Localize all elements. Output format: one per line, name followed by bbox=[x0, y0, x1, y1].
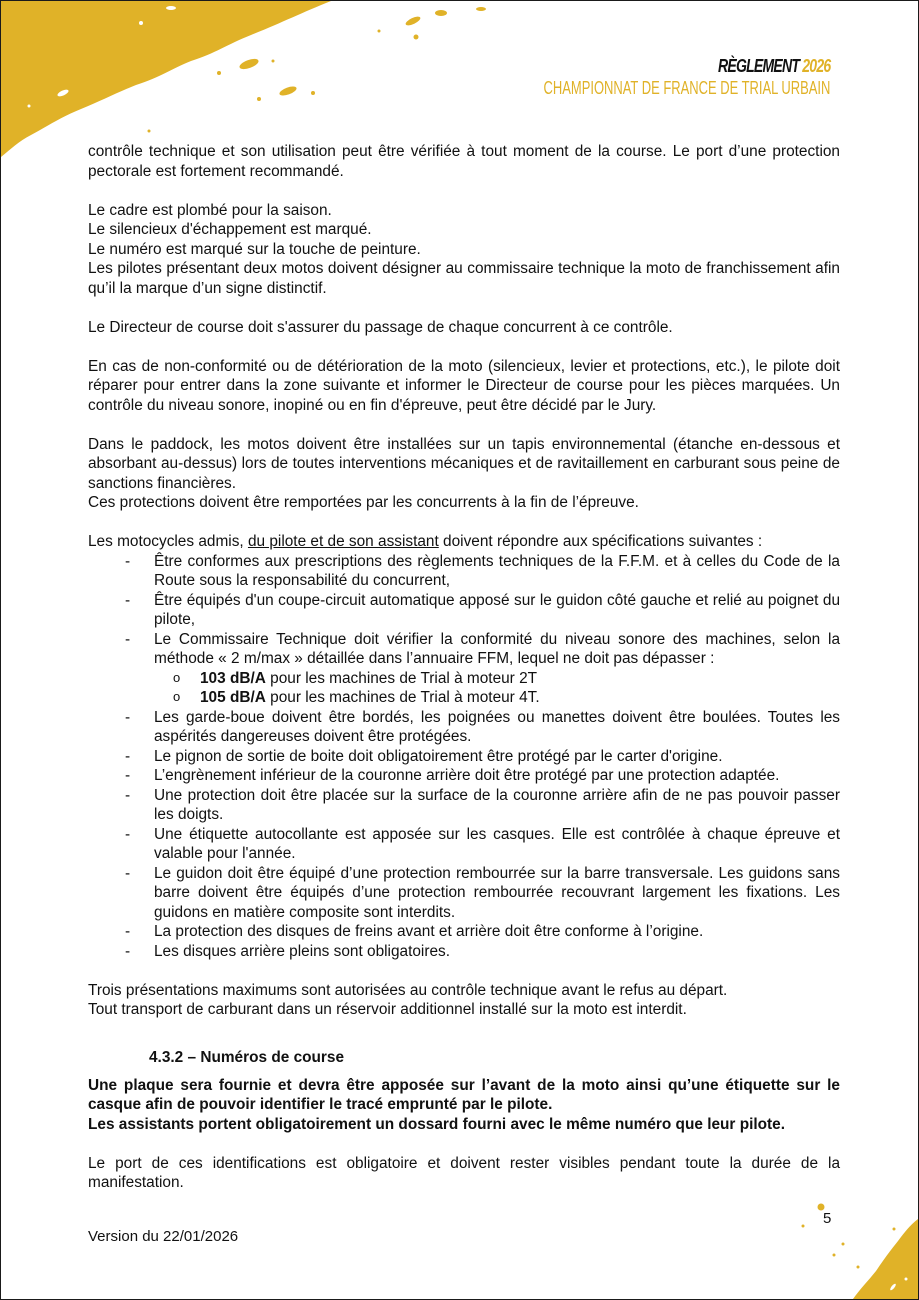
header-title-reglement: RÈGLEMENT bbox=[718, 56, 799, 76]
page-number: 5 bbox=[823, 1210, 831, 1227]
list-item: La protection des disques de freins avan… bbox=[154, 922, 840, 942]
paragraph-line: Trois présentations maximums sont autori… bbox=[88, 981, 840, 1001]
header-title: RÈGLEMENT 2026 bbox=[519, 55, 830, 77]
section-title: 4.3.2 – Numéros de course bbox=[88, 1048, 840, 1068]
list-item: Le guidon doit être équipé d’une protect… bbox=[154, 864, 840, 923]
paragraph-line: Les pilotes présentant deux motos doiven… bbox=[88, 259, 840, 298]
document-page: RÈGLEMENT 2026 CHAMPIONNAT DE FRANCE DE … bbox=[0, 0, 919, 1300]
document-header: RÈGLEMENT 2026 CHAMPIONNAT DE FRANCE DE … bbox=[432, 55, 830, 99]
list-item: Être équipés d'un coupe-circuit automati… bbox=[154, 591, 840, 630]
bold-paragraph: Les assistants portent obligatoirement u… bbox=[88, 1115, 840, 1135]
bold-paragraph: Une plaque sera fournie et devra être ap… bbox=[88, 1076, 840, 1115]
list-item: Le pignon de sortie de boite doit obliga… bbox=[154, 747, 840, 767]
list-item: Les garde-boue doivent être bordés, les … bbox=[154, 708, 840, 747]
paragraph: Le Directeur de course doit s'assurer du… bbox=[88, 318, 840, 338]
paragraph-line: Le cadre est plombé pour la saison. bbox=[88, 201, 840, 221]
paragraph-line: Tout transport de carburant dans un rése… bbox=[88, 1000, 840, 1020]
paragraph-line: Ces protections doivent être remportées … bbox=[88, 493, 840, 513]
list-item: Une étiquette autocollante est apposée s… bbox=[154, 825, 840, 864]
gold-splash-bottom-right-decoration bbox=[798, 1189, 918, 1299]
version-footer: Version du 22/01/2026 bbox=[88, 1228, 238, 1245]
list-item: Les disques arrière pleins sont obligato… bbox=[154, 942, 840, 962]
paragraph-line: Le numéro est marqué sur la touche de pe… bbox=[88, 240, 840, 260]
paragraph: contrôle technique et son utilisation pe… bbox=[88, 142, 840, 181]
paragraph-line: Le silencieux d'échappement est marqué. bbox=[88, 220, 840, 240]
list-item: 105 dB/A pour les machines de Trial à mo… bbox=[200, 688, 840, 708]
header-subtitle: CHAMPIONNAT DE FRANCE DE TRIAL URBAIN bbox=[543, 77, 830, 99]
specs-intro: Les motocycles admis, du pilote et de so… bbox=[88, 532, 840, 552]
list-item: 103 dB/A pour les machines de Trial à mo… bbox=[200, 669, 840, 689]
noise-limits-list: 103 dB/A pour les machines de Trial à mo… bbox=[154, 669, 840, 708]
underlined-text: du pilote et de son assistant bbox=[248, 533, 439, 550]
paragraph: En cas de non-conformité ou de détériora… bbox=[88, 357, 840, 416]
list-item: Être conformes aux prescriptions des règ… bbox=[154, 552, 840, 591]
list-item: Une protection doit être placée sur la s… bbox=[154, 786, 840, 825]
specs-list: Être conformes aux prescriptions des règ… bbox=[88, 552, 840, 962]
header-title-year: 2026 bbox=[802, 56, 830, 76]
paragraph: Le port de ces identifications est oblig… bbox=[88, 1154, 840, 1193]
list-item: L’engrènement inférieur de la couronne a… bbox=[154, 766, 840, 786]
list-item: Le Commissaire Technique doit vérifier l… bbox=[154, 630, 840, 708]
paragraph-line: Dans le paddock, les motos doivent être … bbox=[88, 435, 840, 494]
document-body: contrôle technique et son utilisation pe… bbox=[88, 142, 840, 1193]
